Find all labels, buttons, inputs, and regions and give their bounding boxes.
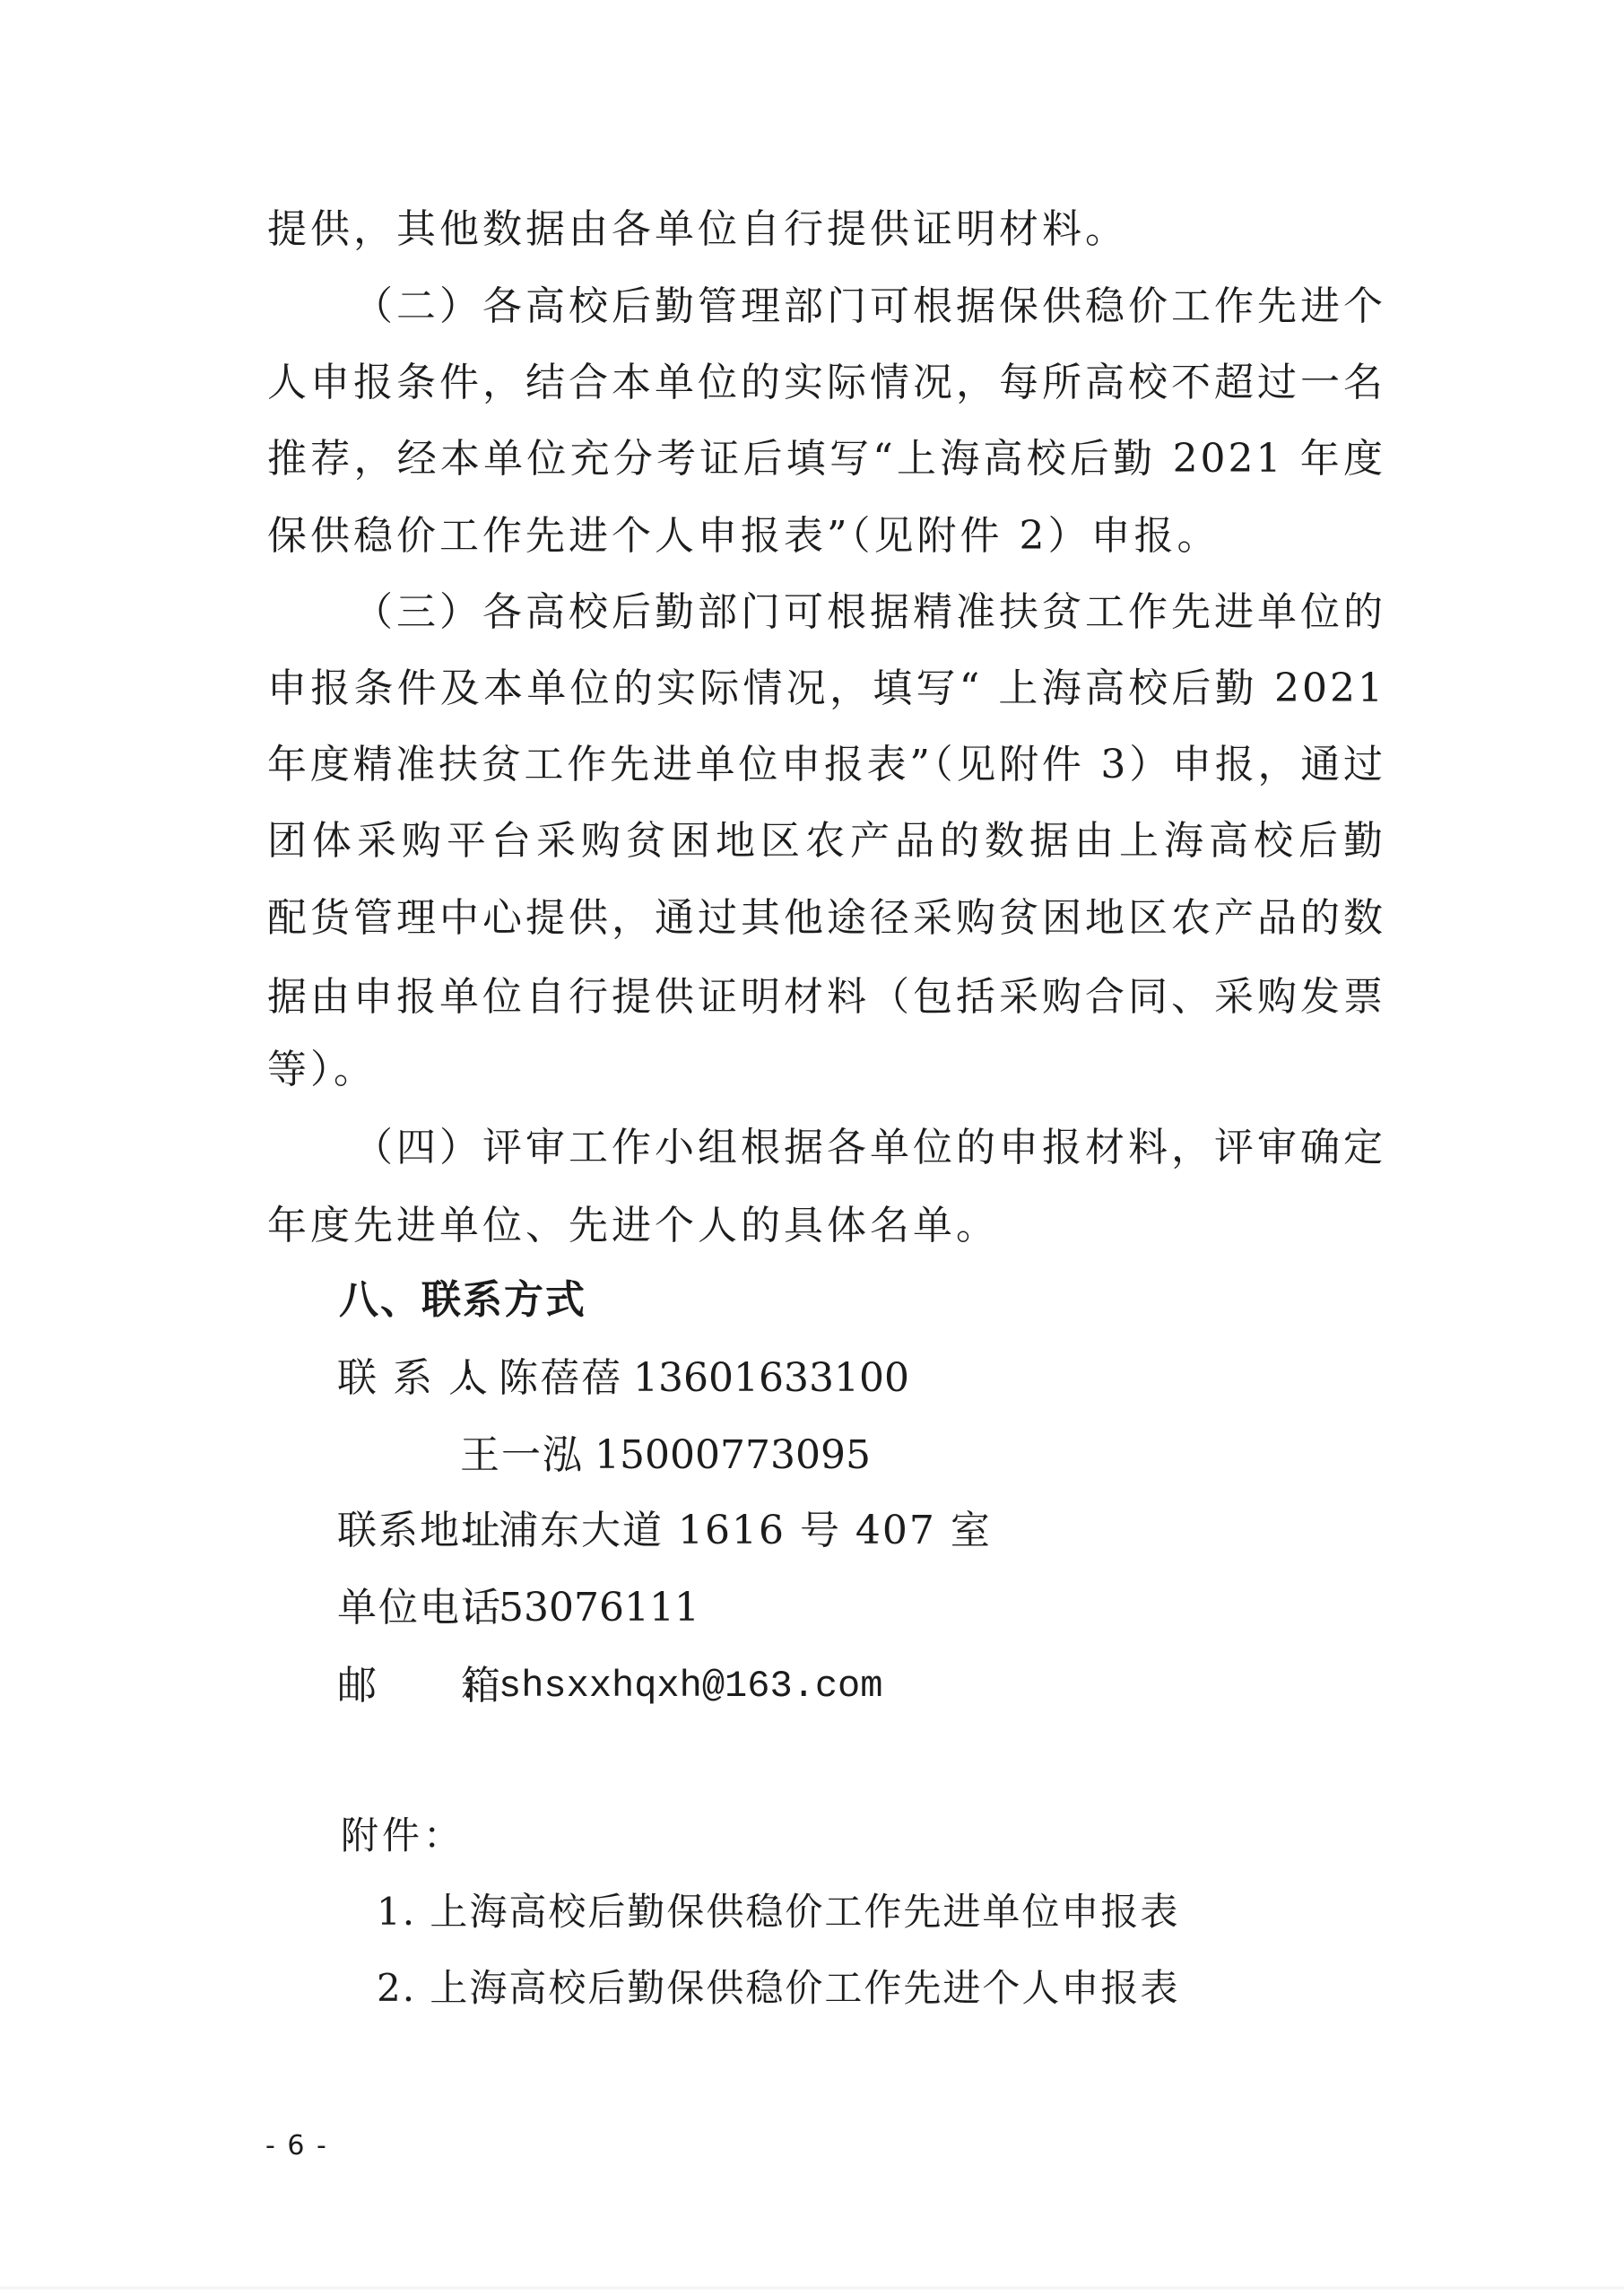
- section-heading-contact: 八、联系方式: [339, 1274, 586, 1327]
- attachment-item-1[interactable]: 1. 上海高校后勤保供稳价工作先进单位申报表: [377, 1885, 1179, 1939]
- paragraph-3-line-6: 据由申报单位自行提供证明材料（包括采购合同、采购发票: [267, 970, 1385, 1024]
- contact-phone-label: 单位电话: [337, 1581, 459, 1635]
- attachment-item-2[interactable]: 2. 上海高校后勤保供稳价工作先进个人申报表: [377, 1961, 1179, 2015]
- contact-email-label: 邮 箱: [337, 1659, 459, 1713]
- contact-person-1-name: 陈蓓蓓: [499, 1352, 622, 1405]
- paragraph-3-line-5: 配货管理中心提供，通过其他途径采购贫困地区农产品的数: [267, 891, 1385, 945]
- paragraph-1-line-1: 提供，其他数据由各单位自行提供证明材料。: [267, 203, 1128, 257]
- paragraph-2-line-1: （二）各高校后勤管理部门可根据保供稳价工作先进个: [353, 280, 1385, 334]
- contact-person-row: 联 系 人 ： 陈蓓蓓 13601633100: [337, 1352, 909, 1405]
- paragraph-2-line-4: 保供稳价工作先进个人申报表”（见附件 2）申报。: [267, 509, 1220, 563]
- contact-email-link[interactable]: shsxxhqxh@163.com: [499, 1659, 882, 1713]
- paragraph-2-line-2: 人申报条件，结合本单位的实际情况，每所高校不超过一名: [267, 356, 1385, 410]
- paragraph-3-line-1: （三）各高校后勤部门可根据精准扶贫工作先进单位的: [353, 586, 1385, 639]
- contact-person-label: 联 系 人: [337, 1352, 459, 1405]
- contact-phone-value[interactable]: 53076111: [499, 1581, 699, 1635]
- contact-colon: ：: [459, 1581, 499, 1635]
- contact-person-2-phone[interactable]: 15000773095: [595, 1429, 871, 1483]
- contact-person-row-2: 王一泓 15000773095: [460, 1429, 871, 1483]
- contact-phone-row: 单位电话 ： 53076111: [337, 1581, 699, 1635]
- page-number: - 6 -: [265, 2128, 328, 2164]
- contact-email-row: 邮 箱 ： shsxxhqxh@163.com: [337, 1659, 882, 1713]
- contact-address-row: 联系地址 ： 浦东大道 1616 号 407 室: [337, 1504, 992, 1558]
- contact-colon: ：: [459, 1352, 499, 1405]
- paragraph-4-line-2: 年度先进单位、先进个人的具体名单。: [267, 1199, 999, 1253]
- document-page: 提供，其他数据由各单位自行提供证明材料。 （二）各高校后勤管理部门可根据保供稳价…: [0, 0, 1624, 2296]
- paragraph-4-line-1: （四）评审工作小组根据各单位的申报材料，评审确定: [353, 1121, 1385, 1175]
- paragraph-3-line-2: 申报条件及本单位的实际情况，填写“ 上海高校后勤 2021: [267, 662, 1385, 716]
- paragraph-3-line-7: 等）。: [267, 1043, 377, 1097]
- contact-address-value: 浦东大道 1616 号 407 室: [499, 1504, 992, 1558]
- scan-edge-shadow: [0, 2285, 1624, 2291]
- contact-person-2-name: 王一泓: [460, 1429, 584, 1483]
- attachments-label: 附件：: [341, 1809, 465, 1863]
- contact-colon: ：: [459, 1659, 499, 1713]
- paragraph-3-line-3: 年度精准扶贫工作先进单位申报表”（见附件 3）申报，通过: [267, 738, 1385, 792]
- paragraph-3-line-4: 团体采购平台采购贫困地区农产品的数据由上海高校后勤: [267, 814, 1385, 868]
- contact-colon: ：: [459, 1504, 499, 1558]
- contact-person-1-phone[interactable]: 13601633100: [633, 1352, 909, 1405]
- contact-address-label: 联系地址: [337, 1504, 459, 1558]
- paragraph-2-line-3: 推荐，经本单位充分考证后填写“上海高校后勤 2021 年度: [267, 432, 1385, 486]
